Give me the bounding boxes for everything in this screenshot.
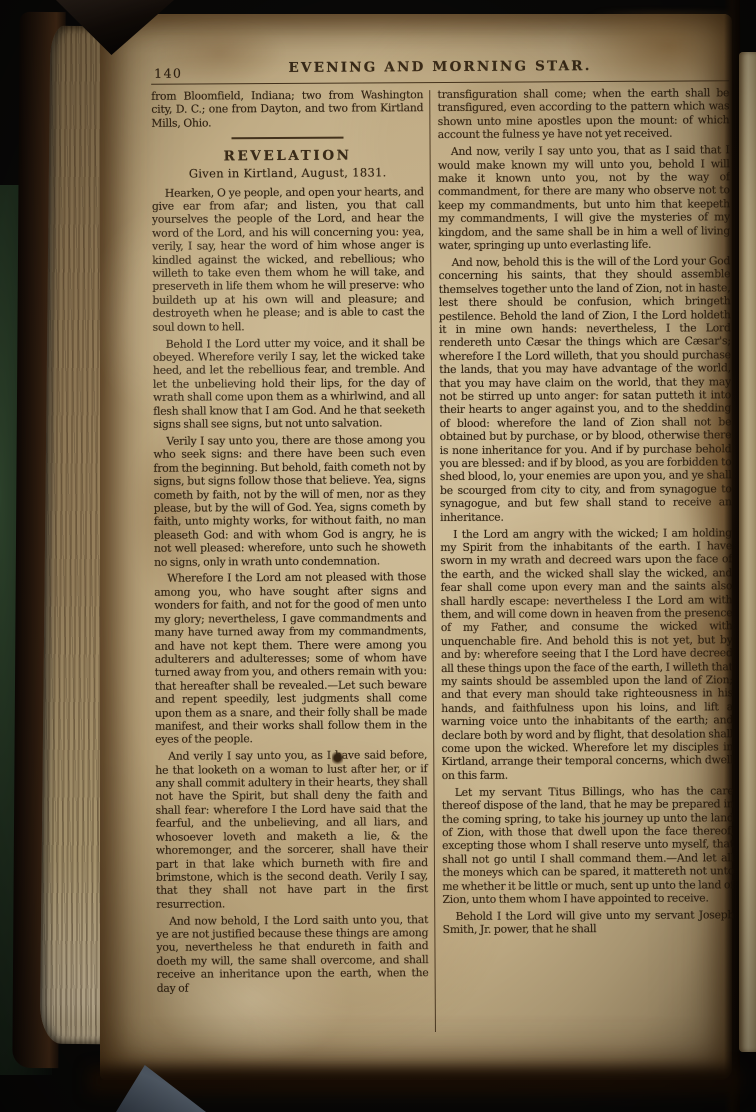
body-paragraph: Hearken, O ye people, and open your hear… <box>152 185 425 334</box>
continuation-paragraph: from Bloomfield, Indiana; two from Washi… <box>151 88 423 130</box>
body-paragraph: Behold I the Lord utter my voice, and it… <box>153 336 426 432</box>
page-number: 140 <box>154 66 182 81</box>
book-photo-scene: 140 EVENING AND MORNING STAR. from Bloom… <box>0 0 756 1112</box>
column-divider-rule <box>429 90 436 1032</box>
adjacent-page-edge <box>739 52 756 1052</box>
body-paragraph: And now behold, I the Lord saith unto yo… <box>156 913 428 995</box>
article-title: REVELATION <box>152 147 424 165</box>
right-column: transfiguration shall come; when the ear… <box>437 86 735 1040</box>
body-paragraph: Let my servant Titus Billings, who has t… <box>442 784 734 906</box>
masthead-title: EVENING AND MORNING STAR. <box>151 50 729 77</box>
page-header: 140 EVENING AND MORNING STAR. <box>151 50 729 85</box>
continuation-paragraph: transfiguration shall come; when the ear… <box>437 86 729 141</box>
section-divider-rule <box>232 137 344 139</box>
body-paragraph: Verily I say unto you, there are those a… <box>153 433 426 569</box>
left-column: from Bloomfield, Indiana; two from Washi… <box>151 88 429 1042</box>
body-paragraph: And verily I say unto you, as I have sai… <box>155 748 428 911</box>
book-page: 140 EVENING AND MORNING STAR. from Bloom… <box>100 14 732 1080</box>
body-paragraph: Behold I the Lord will give unto my serv… <box>443 908 735 937</box>
body-paragraph: Wherefore I the Lord am not pleased with… <box>154 571 427 747</box>
body-paragraph: And now, verily I say unto you, that as … <box>438 143 730 252</box>
article-subtitle: Given in Kirtland, August, 1831. <box>152 165 424 181</box>
body-paragraph: And now, behold this is the will of the … <box>439 254 732 524</box>
page-gutter-shadow <box>724 0 740 1112</box>
printed-text-block: 140 EVENING AND MORNING STAR. from Bloom… <box>151 50 735 1042</box>
book-bottom-shadow <box>88 1068 740 1094</box>
body-paragraph: I the Lord am angry with the wicked; I a… <box>440 526 733 782</box>
two-column-layout: from Bloomfield, Indiana; two from Washi… <box>151 86 735 1042</box>
